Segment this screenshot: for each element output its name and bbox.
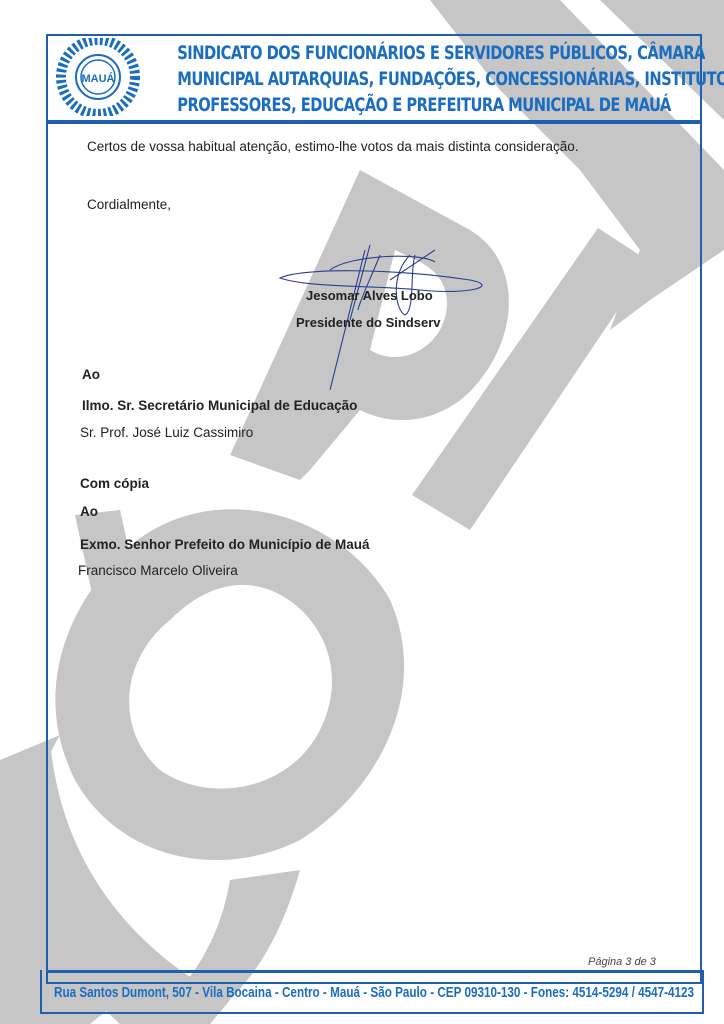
svg-text:MAUÁ: MAUÁ	[82, 72, 115, 85]
org-line-3: PROFESSORES, EDUCAÇÃO E PREFEITURA MUNIC…	[177, 92, 659, 118]
copy-name: Francisco Marcelo Oliveira	[78, 563, 238, 578]
footer-address: Rua Santos Dumont, 507 - Vila Bocaina - …	[54, 984, 694, 1001]
header-divider	[46, 121, 702, 124]
union-logo-icon: MAUÁ	[54, 38, 142, 116]
org-line-1: SINDICATO DOS FUNCIONÁRIOS E SERVIDORES …	[177, 40, 659, 66]
org-line-2: MUNICIPAL AUTARQUIAS, FUNDAÇÕES, CONCESS…	[177, 66, 659, 92]
signatory-name: Jesomar Alves Lobo	[306, 288, 433, 303]
salutation: Cordialmente,	[87, 197, 171, 212]
signatory-role: Presidente do Sindserv	[296, 315, 441, 330]
organization-name: SINDICATO DOS FUNCIONÁRIOS E SERVIDORES …	[138, 40, 698, 118]
recipient-to: Ao	[82, 367, 100, 382]
recipient-name: Sr. Prof. José Luiz Cassimiro	[80, 425, 253, 440]
page-border	[46, 34, 702, 984]
copy-title: Exmo. Senhor Prefeito do Município de Ma…	[80, 537, 370, 552]
page-number: Página 3 de 3	[588, 956, 656, 968]
closing-sentence: Certos de vossa habitual atenção, estimo…	[87, 139, 579, 154]
copy-label: Com cópia	[80, 476, 149, 491]
recipient-title: Ilmo. Sr. Secretário Municipal de Educaç…	[82, 398, 357, 413]
copy-to: Ao	[80, 504, 98, 519]
